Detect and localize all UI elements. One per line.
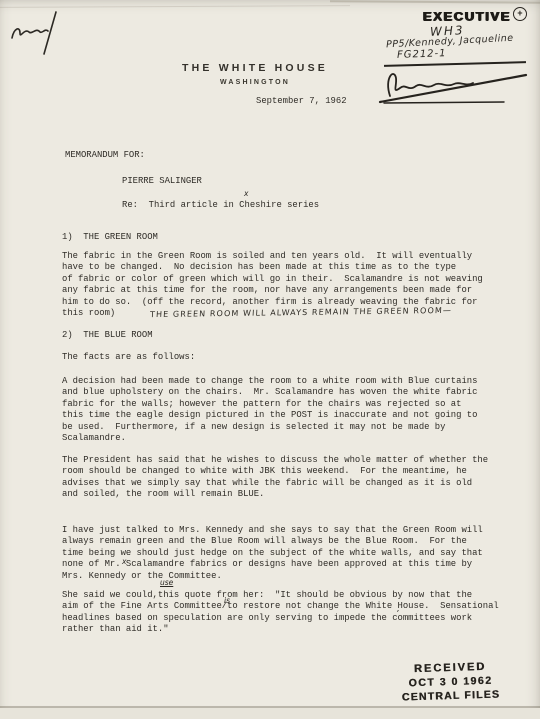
filing-code-fg212: FG212-1 (397, 48, 447, 61)
section1-heading: 1) THE GREEN ROOM (62, 232, 158, 243)
paper-edge (0, 708, 540, 719)
recipient: PIERRE SALINGER (122, 176, 202, 187)
section2-paragraph2: The President has said that he wishes to… (62, 455, 512, 501)
letterhead-subtitle: WASHINGTON (150, 79, 360, 86)
handwritten-x-mark: x (244, 189, 248, 198)
filing-code-pp5: PP5/Kennedy, Jacqueline (386, 33, 514, 51)
memo-document: EXECUTIVE + WH3 PP5/Kennedy, Jacqueline … (0, 0, 540, 719)
quote-paragraph: She said we could,this quote from her: "… (62, 590, 512, 636)
section2-intro: The facts are as follows: (62, 352, 195, 363)
handwritten-x-mark: x (122, 557, 126, 566)
circled-plus-icon: + (513, 7, 527, 21)
subject-line: Re: Third article in Cheshire series (122, 200, 319, 211)
signature-scribble-icon (376, 62, 532, 106)
memorandum-for-label: MEMORANDUM FOR: (65, 150, 145, 161)
initials-scribble-icon (8, 8, 70, 58)
letterhead: THE WHITE HOUSE WASHINGTON (150, 62, 360, 86)
letterhead-title: THE WHITE HOUSE (150, 62, 360, 74)
received-stamp: RECEIVED OCT 3 0 1962 CENTRAL FILES (382, 660, 518, 704)
section2-heading: 2) THE BLUE ROOM (62, 330, 153, 341)
kennedy-paragraph: I have just talked to Mrs. Kennedy and s… (62, 525, 512, 582)
executive-stamp: EXECUTIVE (423, 10, 511, 24)
received-stamp-line3: CENTRAL FILES (383, 688, 518, 704)
handwritten-apostrophe: ’ (396, 609, 399, 618)
handwritten-insert-is: is (224, 596, 230, 605)
memo-date: September 7, 1962 (256, 96, 347, 107)
handwritten-insert-use: use (160, 578, 173, 587)
section2-paragraph1: A decision had been made to change the r… (62, 376, 512, 444)
paper-crease (330, 0, 540, 3)
